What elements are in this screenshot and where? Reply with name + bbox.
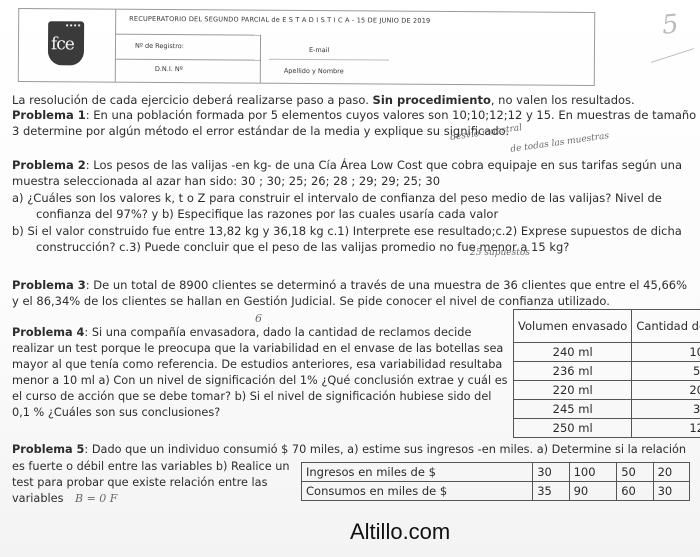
- exam-header: fce RECUPERATORIO DEL SEGUNDO PARCIAL de…: [18, 8, 596, 86]
- problem-2-line-3: a) ¿Cuáles son los valores k, t o Z para…: [12, 191, 662, 206]
- dni-cell: D.N.I. Nº: [115, 58, 261, 83]
- problem-5-line-2: es fuerte o débil entre las variables b)…: [12, 459, 290, 474]
- email-field[interactable]: E-mail: [269, 41, 389, 61]
- problem-4-line-3: mayor al que tenía como referencia. De e…: [12, 357, 502, 372]
- university-logo-icon: fce: [48, 21, 84, 65]
- table-row: 236 ml5: [514, 362, 700, 381]
- problem-5-line-1: Problema 5: Dado que un individuo consum…: [12, 442, 686, 457]
- problem-4-line-1: Problema 4: Si una compañía envasadora, …: [12, 325, 471, 340]
- problem-4-line-4: menor a 10 ml a) Con un nivel de signifi…: [12, 373, 508, 388]
- table-row: Ingresos en miles de $ 30 100 50 20: [302, 463, 690, 482]
- problem-4-line-6: 0,1 % ¿Cuáles son sus conclusiones?: [12, 405, 220, 420]
- problem-5-line-3: test para probar que existe relación ent…: [12, 475, 268, 490]
- handwritten-note: B = 0 F: [75, 492, 117, 505]
- table-header: Cantidad de envases: [632, 310, 700, 343]
- problem-5-line-4: variables: [12, 491, 63, 506]
- score-mark: 5: [660, 9, 680, 41]
- registro-cell: Nº de Registro:: [115, 34, 261, 61]
- instructions: La resolución de cada ejercicio deberá r…: [12, 93, 635, 108]
- table-header-row: Volumen envasado Cantidad de envases: [514, 310, 700, 343]
- registro-label: Nº de Registro:: [135, 42, 184, 50]
- problem-2-line-5: b) Si el valor construido fue entre 13,8…: [12, 224, 682, 239]
- handwritten-note: 25 supuestos: [470, 248, 530, 258]
- problem-3-line-1: Problema 3: De un total de 8900 clientes…: [12, 278, 687, 293]
- table-row: 240 ml10: [514, 343, 700, 362]
- problem-1-line-1: Problema 1: En una población formada por…: [12, 108, 696, 123]
- table-row: 220 ml20: [514, 381, 700, 400]
- problem-2-line-4: confianza del 97%? y b) Especifique las …: [36, 207, 498, 222]
- logo-cell: fce: [19, 9, 117, 82]
- table-row: 245 ml3: [514, 400, 700, 419]
- exam-title: RECUPERATORIO DEL SEGUNDO PARCIAL de E S…: [129, 15, 430, 25]
- apellido-label: Apellido y Nombre: [284, 67, 344, 75]
- problem-2-line-2: muestra seleccionada al azar han sido: 3…: [12, 174, 440, 189]
- table-row: Consumos en miles de $ 35 90 60 30: [302, 482, 690, 501]
- logo-crown-icon: [66, 24, 80, 33]
- handwritten-note: de todas las muestras: [510, 131, 610, 155]
- email-label: E-mail: [309, 46, 329, 54]
- exam-page: fce RECUPERATORIO DEL SEGUNDO PARCIAL de…: [0, 0, 700, 557]
- problem-3-line-2: y el 86,34% de los clientes se hallan en…: [12, 294, 610, 309]
- watermark: Altillo.com: [350, 519, 450, 545]
- problem-1-line-2: 3 determine por algún método el error es…: [12, 124, 509, 139]
- handwritten-note: 6: [255, 312, 262, 325]
- table-row: 250 ml12: [514, 419, 700, 438]
- score-underline: [651, 48, 694, 63]
- problem-4-line-5: el curso de acción que se debe tomar? b)…: [12, 389, 491, 404]
- problem-4-line-2: realizar un test porque le preocupa que …: [12, 341, 503, 356]
- table-header: Volumen envasado: [514, 310, 632, 343]
- income-consumption-table: Ingresos en miles de $ 30 100 50 20 Cons…: [301, 462, 690, 501]
- problem-2-line-1: Problema 2: Los pesos de las valijas -en…: [12, 158, 682, 173]
- volume-table: Volumen envasado Cantidad de envases 240…: [513, 309, 700, 438]
- dni-label: D.N.I. Nº: [155, 65, 183, 73]
- logo-text: fce: [51, 34, 74, 54]
